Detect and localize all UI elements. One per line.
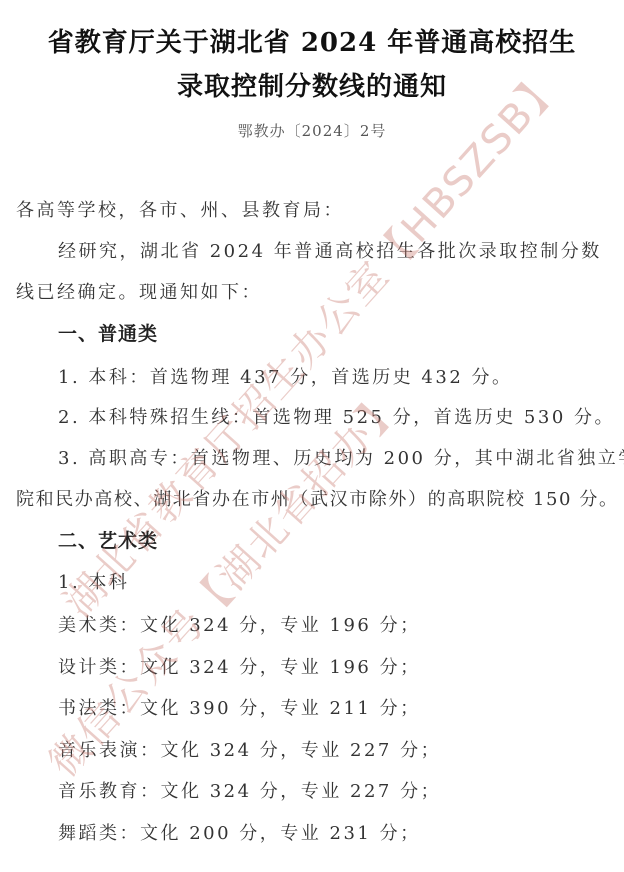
- arts-item-dance: 舞蹈类：文化 200 分，专业 231 分；: [58, 822, 421, 846]
- arts-item-calligraphy: 书法类：文化 390 分，专业 211 分；: [58, 697, 421, 721]
- document-page: 省教育厅关于湖北省 2024 年普通高校招生 录取控制分数线的通知 鄂教办〔20…: [0, 0, 624, 872]
- salutation: 各高等学校，各市、州、县教育局：: [16, 199, 344, 223]
- arts-subheading-undergraduate: 1. 本科: [58, 571, 129, 595]
- general-item-vocational-line-2: 院和民办高校、湖北省办在市州（武汉市除外）的高职院校 150 分。: [16, 488, 619, 512]
- document-title-line-2: 录取控制分数线的通知: [0, 66, 624, 103]
- intro-paragraph-line-2: 线已经确定。现通知如下：: [16, 281, 262, 305]
- section-heading-arts: 二、艺术类: [58, 529, 158, 553]
- intro-paragraph-line-1: 经研究，湖北省 2024 年普通高校招生各批次录取控制分数: [58, 240, 602, 264]
- document-title-line-1: 省教育厅关于湖北省 2024 年普通高校招生: [0, 22, 624, 59]
- general-item-special-admission: 2. 本科特殊招生线：首选物理 525 分，首选历史 530 分。: [58, 406, 615, 430]
- general-item-vocational-line-1: 3. 高职高专：首选物理、历史均为 200 分，其中湖北省独立学: [58, 447, 624, 471]
- general-item-undergraduate: 1. 本科：首选物理 437 分，首选历史 432 分。: [58, 366, 513, 390]
- arts-item-music-performance: 音乐表演：文化 324 分，专业 227 分；: [58, 739, 441, 763]
- arts-item-fine-arts: 美术类：文化 324 分，专业 196 分；: [58, 614, 421, 638]
- document-number: 鄂教办〔2024〕2号: [0, 120, 624, 141]
- arts-item-music-education: 音乐教育：文化 324 分，专业 227 分；: [58, 780, 441, 804]
- arts-item-design: 设计类：文化 324 分，专业 196 分；: [58, 656, 421, 680]
- section-heading-general: 一、普通类: [58, 322, 158, 346]
